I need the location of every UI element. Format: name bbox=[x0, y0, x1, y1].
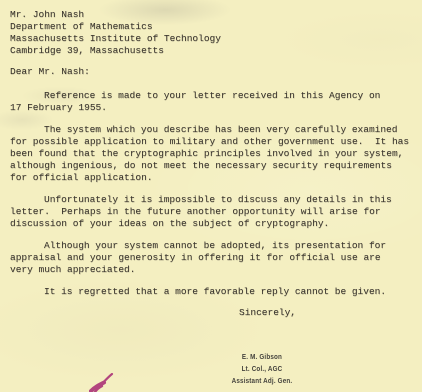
letter-line: Reference is made to your letter receive… bbox=[10, 90, 409, 102]
recipient-address: Mr. John Nash Department of Mathematics … bbox=[10, 9, 221, 57]
letter-line: appraisal and your generosity in offerin… bbox=[10, 252, 409, 264]
letter-line: for official application. bbox=[10, 172, 409, 184]
paragraph: Reference is made to your letter receive… bbox=[10, 90, 409, 114]
signer-name: E. M. Gibson bbox=[220, 351, 304, 363]
salutation: Dear Mr. Nash: bbox=[10, 66, 90, 78]
letter-line: been found that the cryptographic princi… bbox=[10, 148, 409, 160]
paragraph: It is regretted that a more favorable re… bbox=[10, 286, 409, 298]
letter-line: It is regretted that a more favorable re… bbox=[10, 286, 409, 298]
signer-rank: Lt. Col., AGC bbox=[220, 363, 304, 375]
recipient-address-line: Department of Mathematics bbox=[10, 21, 221, 33]
closing-sincerely: Sincerely, bbox=[239, 307, 296, 319]
letter-line: letter. Perhaps in the future another op… bbox=[10, 206, 409, 218]
recipient-address-line: Mr. John Nash bbox=[10, 9, 221, 21]
letter-line: very much appreciated. bbox=[10, 264, 409, 276]
recipient-address-line: Cambridge 39, Massachusetts bbox=[10, 45, 221, 57]
letter-line: for possible application to military and… bbox=[10, 136, 409, 148]
letter-line: Although your system cannot be adopted, … bbox=[10, 240, 409, 252]
paragraph: Unfortunately it is impossible to discus… bbox=[10, 194, 409, 230]
letter-document: Mr. John Nash Department of Mathematics … bbox=[0, 0, 422, 392]
letter-line: although ingenious, do not meet the nece… bbox=[10, 160, 409, 172]
magenta-ink-mark bbox=[89, 373, 117, 392]
letter-line: discussion of your ideas on the subject … bbox=[10, 218, 409, 230]
signer-title: Assistant Adj. Gen. bbox=[220, 375, 304, 387]
letter-line: The system which you describe has been v… bbox=[10, 124, 409, 136]
letter-line: 17 February 1955. bbox=[10, 102, 409, 114]
recipient-address-line: Massachusetts Institute of Technology bbox=[10, 33, 221, 45]
letter-line: Unfortunately it is impossible to discus… bbox=[10, 194, 409, 206]
paragraph: Although your system cannot be adopted, … bbox=[10, 240, 409, 276]
signature-stamp: E. M. Gibson Lt. Col., AGC Assistant Adj… bbox=[220, 351, 304, 387]
paragraph: The system which you describe has been v… bbox=[10, 124, 409, 184]
letter-body: Reference is made to your letter receive… bbox=[10, 90, 409, 308]
